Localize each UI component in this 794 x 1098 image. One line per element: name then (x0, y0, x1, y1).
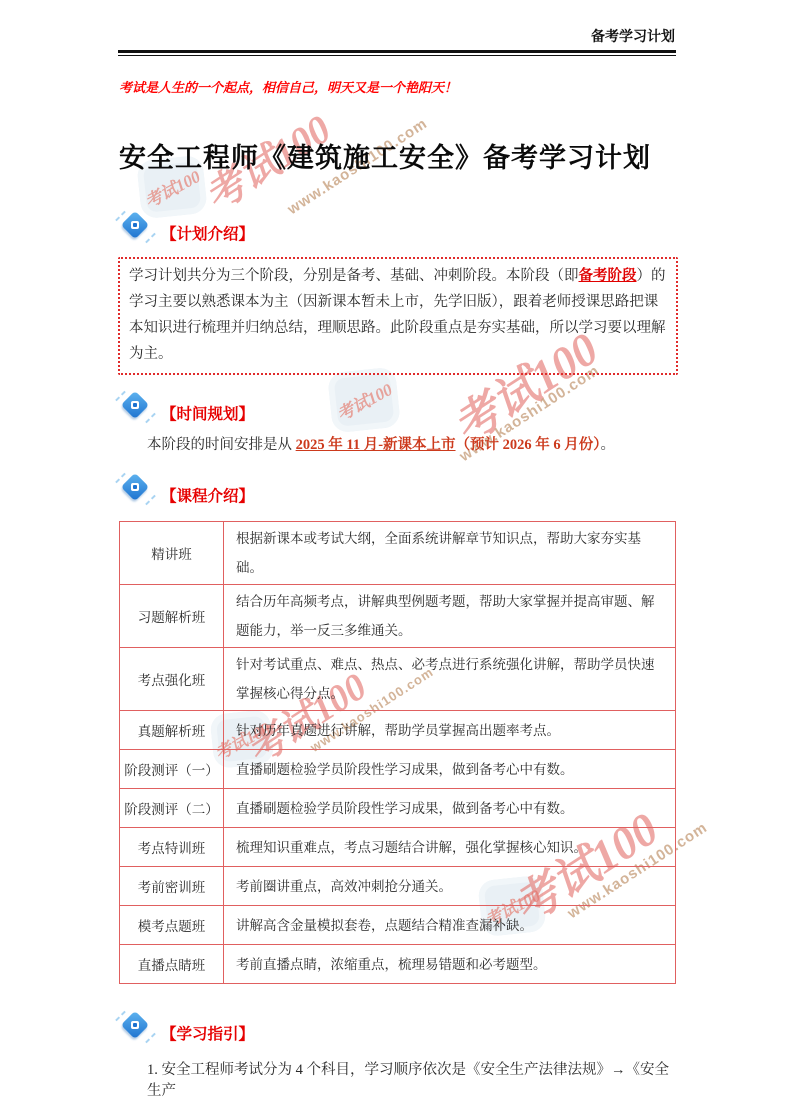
course-desc: 结合历年高频考点，讲解典型例题考题，帮助大家掌握并提高审题、解题能力，举一反三多… (224, 585, 676, 648)
table-row: 真题解析班针对历年真题进行讲解，帮助学员掌握高出题率考点。 (120, 711, 676, 750)
section-heading-course: 【课程介绍】 (118, 471, 794, 507)
table-row: 考点特训班梳理知识重难点，考点习题结合讲解，强化掌握核心知识。 (120, 828, 676, 867)
section-label: 【时间规划】 (161, 402, 254, 424)
table-row: 阶段测评（二）直播刷题检验学员阶段性学习成果，做到备考心中有数。 (120, 789, 676, 828)
course-name: 直播点睛班 (120, 945, 224, 984)
table-row: 精讲班根据新课本或考试大纲，全面系统讲解章节知识点，帮助大家夯实基础。 (120, 522, 676, 585)
plan-intro-box: 学习计划共分为三个阶段，分别是备考、基础、冲刺阶段。本阶段（即备考阶段）的学习主… (118, 257, 678, 375)
section-heading-guide: 【学习指引】 (118, 1009, 794, 1045)
page-header-title: 备考学习计划 (119, 26, 675, 46)
time-estimate: （预计 2026 年 6 月份） (456, 437, 601, 453)
course-name: 真题解析班 (120, 711, 224, 750)
diamond-doc-icon (118, 389, 154, 425)
course-table-body: 精讲班根据新课本或考试大纲，全面系统讲解章节知识点，帮助大家夯实基础。习题解析班… (120, 522, 676, 984)
course-name: 考点强化班 (120, 648, 224, 711)
course-desc: 梳理知识重难点，考点习题结合讲解，强化掌握核心知识。 (224, 828, 676, 867)
section-heading-plan: 【计划介绍】 (118, 209, 794, 245)
course-desc: 根据新课本或考试大纲，全面系统讲解章节知识点，帮助大家夯实基础。 (224, 522, 676, 585)
table-row: 习题解析班结合历年高频考点，讲解典型例题考题，帮助大家掌握并提高审题、解题能力，… (120, 585, 676, 648)
guide-item-1: 1. 安全工程师考试分为 4 个科目，学习顺序依次是《安全生产法律法规》→《安全… (119, 1058, 675, 1098)
page-title: 安全工程师《建筑施工安全》备考学习计划 (119, 136, 675, 175)
plan-text-pre: 学习计划共分为三个阶段，分别是备考、基础、冲刺阶段。本阶段（即 (129, 268, 579, 284)
course-desc: 直播刷题检验学员阶段性学习成果，做到备考心中有数。 (224, 750, 676, 789)
diamond-doc-icon (118, 209, 154, 245)
course-name: 精讲班 (120, 522, 224, 585)
course-desc: 考前直播点睛，浓缩重点，梳理易错题和必考题型。 (224, 945, 676, 984)
diamond-doc-icon (118, 471, 154, 507)
table-row: 直播点睛班考前直播点睛，浓缩重点，梳理易错题和必考题型。 (120, 945, 676, 984)
table-row: 考点强化班针对考试重点、难点、热点、必考点进行系统强化讲解，帮助学员快速掌握核心… (120, 648, 676, 711)
table-row: 模考点题班讲解高含金量模拟套卷，点题结合精准查漏补缺。 (120, 906, 676, 945)
section-heading-time: 【时间规划】 (118, 389, 794, 425)
time-paragraph: 本阶段的时间安排是从 2025 年 11 月-新课本上市（预计 2026 年 6… (119, 433, 675, 454)
course-desc: 直播刷题检验学员阶段性学习成果，做到备考心中有数。 (224, 789, 676, 828)
time-text-post: 。 (601, 437, 616, 453)
plan-text-highlight: 备考阶段 (579, 268, 637, 284)
course-desc: 讲解高含金量模拟套卷，点题结合精准查漏补缺。 (224, 906, 676, 945)
section-label: 【课程介绍】 (161, 484, 254, 506)
course-name: 考点特训班 (120, 828, 224, 867)
course-name: 阶段测评（一） (120, 750, 224, 789)
table-row: 阶段测评（一）直播刷题检验学员阶段性学习成果，做到备考心中有数。 (120, 750, 676, 789)
header-rule (118, 50, 676, 56)
course-name: 习题解析班 (120, 585, 224, 648)
time-range-underlined: 2025 年 11 月-新课本上市 (296, 437, 456, 453)
document-page: 考试100 考试100 www.kaoshi100.com 考试100 考试10… (0, 0, 794, 1098)
course-desc: 针对历年真题进行讲解，帮助学员掌握高出题率考点。 (224, 711, 676, 750)
motto-line: 考试是人生的一个起点，相信自己，明天又是一个艳阳天！ (119, 77, 675, 96)
diamond-doc-icon (118, 1009, 154, 1045)
course-name: 考前密训班 (120, 867, 224, 906)
course-desc: 针对考试重点、难点、热点、必考点进行系统强化讲解，帮助学员快速掌握核心得分点。 (224, 648, 676, 711)
section-label: 【学习指引】 (161, 1022, 254, 1044)
course-desc: 考前圈讲重点，高效冲刺抢分通关。 (224, 867, 676, 906)
course-name: 模考点题班 (120, 906, 224, 945)
table-row: 考前密训班考前圈讲重点，高效冲刺抢分通关。 (120, 867, 676, 906)
section-label: 【计划介绍】 (161, 222, 254, 244)
course-table: 精讲班根据新课本或考试大纲，全面系统讲解章节知识点，帮助大家夯实基础。习题解析班… (119, 521, 676, 984)
time-text-pre: 本阶段的时间安排是从 (147, 437, 296, 453)
course-name: 阶段测评（二） (120, 789, 224, 828)
